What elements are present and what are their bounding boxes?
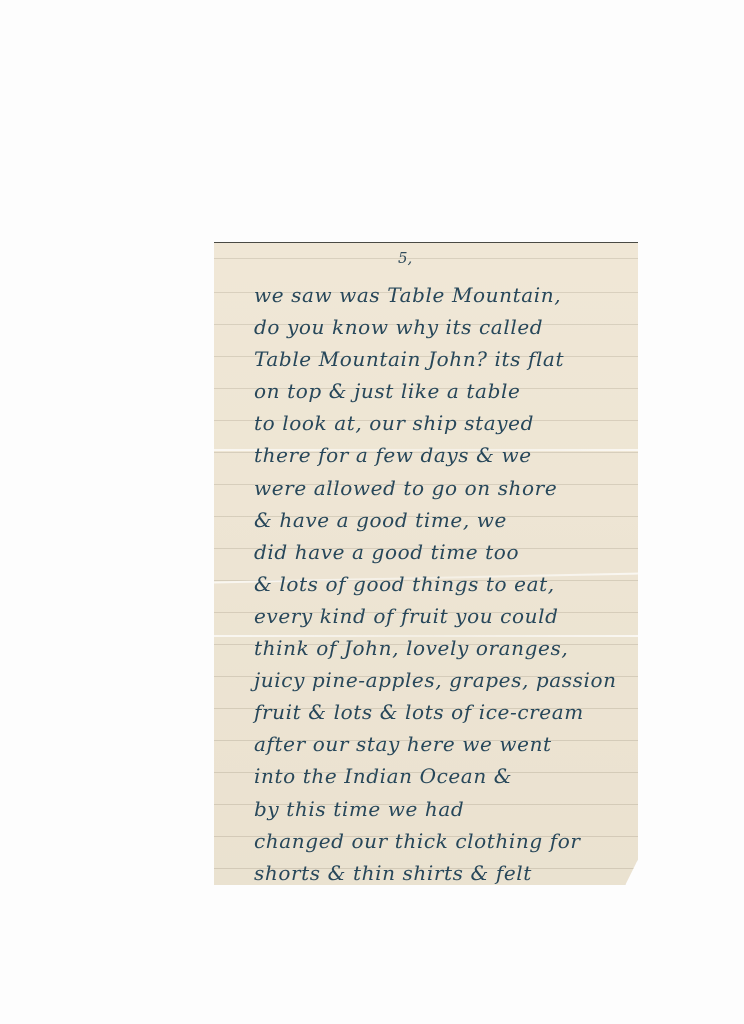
- page-number: 5,: [398, 249, 412, 267]
- text-line: juicy pine-apples, grapes, passion: [254, 664, 620, 696]
- text-line: Table Mountain John? its flat: [254, 343, 620, 375]
- text-line: were allowed to go on shore: [254, 472, 620, 504]
- text-line: we saw was Table Mountain,: [254, 279, 620, 311]
- text-line: there for a few days & we: [254, 439, 620, 471]
- text-line: fruit & lots & lots of ice-cream: [254, 696, 620, 728]
- text-line: after our stay here we went: [254, 728, 620, 760]
- text-line: shorts & thin shirts & felt: [254, 857, 620, 889]
- text-line: every kind of fruit you could: [254, 600, 620, 632]
- text-line: by this time we had: [254, 793, 620, 825]
- text-line: into the Indian Ocean &: [254, 760, 620, 792]
- text-line: & have a good time, we: [254, 504, 620, 536]
- text-line: think of John, lovely oranges,: [254, 632, 620, 664]
- handwritten-text: we saw was Table Mountain, do you know w…: [254, 279, 620, 889]
- letter-page: 5, we saw was Table Mountain, do you kno…: [214, 242, 638, 885]
- text-line: did have a good time too: [254, 536, 620, 568]
- text-line: do you know why its called: [254, 311, 620, 343]
- text-line: on top & just like a table: [254, 375, 620, 407]
- text-line: to look at, our ship stayed: [254, 407, 620, 439]
- text-line: & lots of good things to eat,: [254, 568, 620, 600]
- text-line: changed our thick clothing for: [254, 825, 620, 857]
